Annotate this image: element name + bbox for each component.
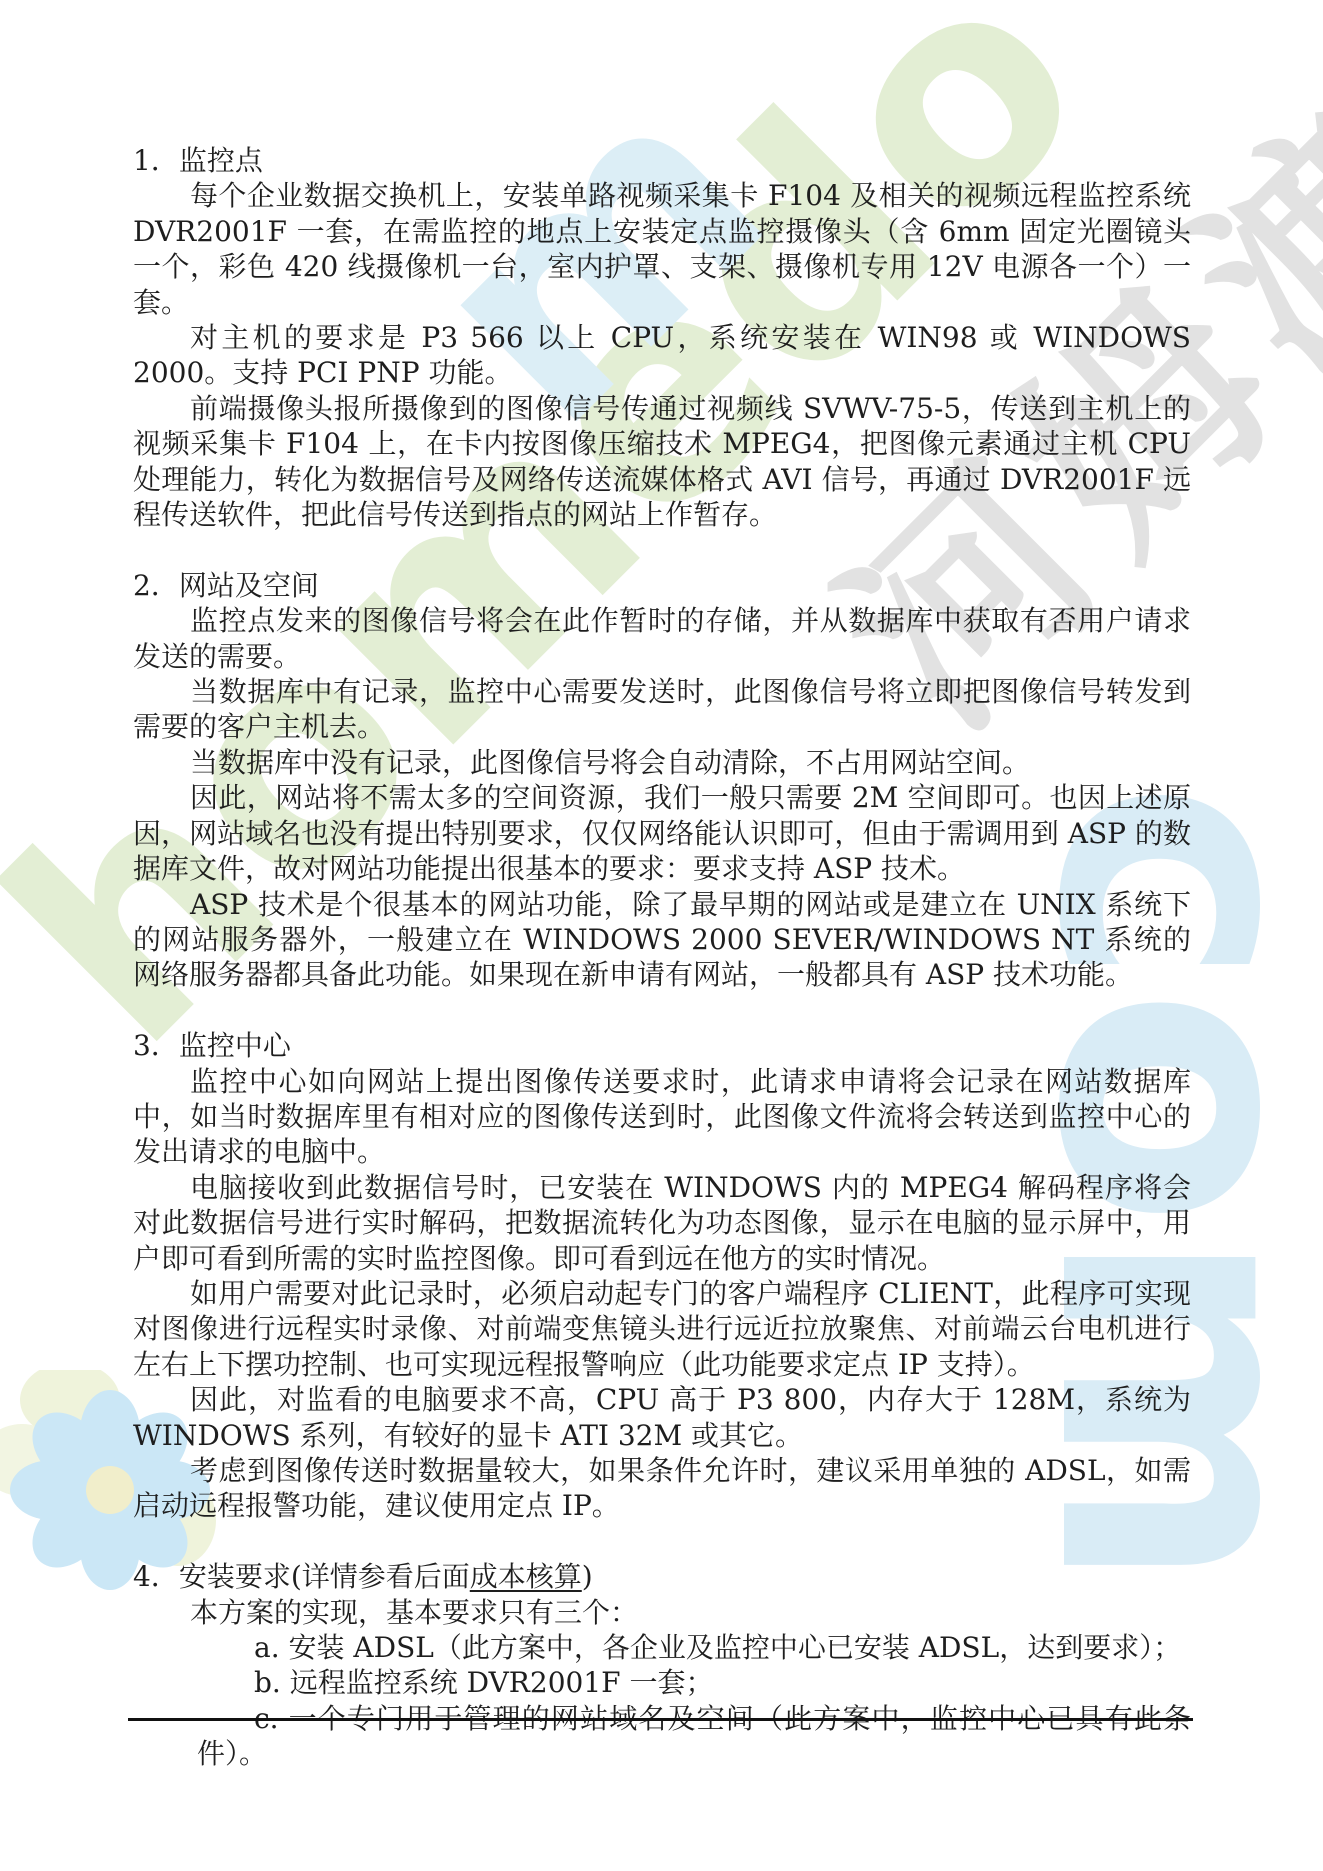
list-item-b: b. 远程监控系统 DVR2001F 一套； [133, 1665, 1191, 1700]
section-1-heading: 1．监控点 [133, 143, 1191, 178]
cost-accounting-underlined-text: 成本核算 [470, 1560, 582, 1593]
section-4-heading-suffix: ) [582, 1560, 593, 1593]
document-page: homedo com m 河姆渡 [0, 0, 1323, 1871]
section-3-heading: 3．监控中心 [133, 1028, 1191, 1063]
paragraph: 如用户需要对此记录时，必须启动起专门的客户端程序 CLIENT，此程序可实现对图… [133, 1276, 1191, 1382]
paragraph: 监控点发来的图像信号将会在此作暂时的存储，并从数据库中获取有否用户请求发送的需要… [133, 603, 1191, 674]
paragraph: 当数据库中没有记录，此图像信号将会自动清除，不占用网站空间。 [133, 745, 1191, 780]
paragraph: 对主机的要求是 P3 566 以上 CPU，系统安装在 WIN98 或 WIND… [133, 320, 1191, 391]
paragraph: 本方案的实现，基本要求只有三个： [133, 1595, 1191, 1630]
section-3-monitoring-center: 3．监控中心 监控中心如向网站上提出图像传送要求时，此请求申请将会记录在网站数据… [133, 1028, 1191, 1524]
document-content: 1．监控点 每个企业数据交换机上，安装单路视频采集卡 F104 及相关的视频远程… [133, 143, 1191, 1772]
flower-center [86, 1466, 134, 1514]
section-4-heading: 4．安装要求(详情参看后面成本核算) [133, 1559, 1191, 1594]
section-2-website-space: 2．网站及空间 监控点发来的图像信号将会在此作暂时的存储，并从数据库中获取有否用… [133, 568, 1191, 993]
paragraph: 因此，对监看的电脑要求不高，CPU 高于 P3 800，内存大于 128M，系统… [133, 1382, 1191, 1453]
paragraph: 考虑到图像传送时数据量较大，如果条件允许时，建议采用单独的 ADSL，如需启动远… [133, 1453, 1191, 1524]
paragraph: 因此，网站将不需太多的空间资源，我们一般只需要 2M 空间即可。也因上述原因，网… [133, 780, 1191, 886]
section-2-heading: 2．网站及空间 [133, 568, 1191, 603]
section-4-heading-prefix: 4．安装要求(详情参看后面 [133, 1560, 470, 1593]
paragraph: 监控中心如向网站上提出图像传送要求时，此请求申请将会记录在网站数据库中，如当时数… [133, 1064, 1191, 1170]
section-1-monitoring-point: 1．监控点 每个企业数据交换机上，安装单路视频采集卡 F104 及相关的视频远程… [133, 143, 1191, 532]
list-item-a: a. 安装 ADSL（此方案中，各企业及监控中心已安装 ADSL，达到要求）； [133, 1630, 1191, 1665]
paragraph: 当数据库中有记录，监控中心需要发送时，此图像信号将立即把图像信号转发到需要的客户… [133, 674, 1191, 745]
paragraph: 每个企业数据交换机上，安装单路视频采集卡 F104 及相关的视频远程监控系统 D… [133, 178, 1191, 320]
paragraph: 前端摄像头报所摄像到的图像信号传通过视频线 SVWV-75-5，传送到主机上的视… [133, 391, 1191, 533]
list-item-c: c. 一个专门用于管理的网站域名及空间（此方案中，监控中心已具有此条件）。 [133, 1701, 1191, 1772]
footer-separator-line [128, 1718, 1193, 1721]
paragraph: ASP 技术是个很基本的网站功能，除了最早期的网站或是建立在 UNIX 系统下的… [133, 887, 1191, 993]
section-4-installation-requirements: 4．安装要求(详情参看后面成本核算) 本方案的实现，基本要求只有三个： a. 安… [133, 1559, 1191, 1771]
paragraph: 电脑接收到此数据信号时，已安装在 WINDOWS 内的 MPEG4 解码程序将会… [133, 1170, 1191, 1276]
